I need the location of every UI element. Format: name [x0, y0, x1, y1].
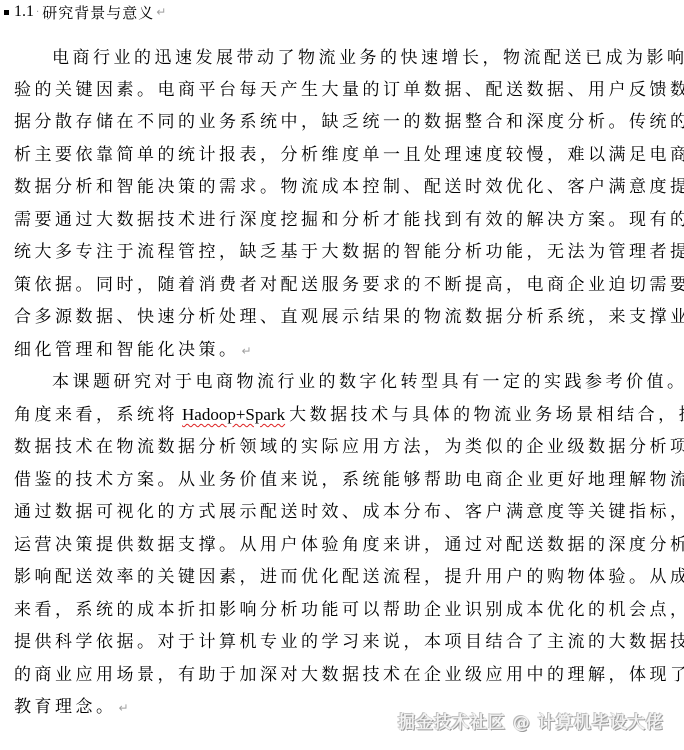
text-line: 数据技术在物流数据分析领域的实际应用方法，为类似的企业级数据分析项目提供了可	[14, 435, 684, 459]
space-mark: ·	[36, 7, 39, 18]
spellcheck-flagged-term[interactable]: Hadoop+Spark	[182, 405, 285, 424]
document-page: 1.1 · 研究背景与意义 ↵ 电商行业的迅速发展带动了物流业务的快速增长，物流…	[0, 0, 684, 750]
text-line: 影响配送效率的关键因素，进而优化配送流程，提升用户的购物体验。从成本控制方面	[14, 565, 684, 589]
text-line: 通过数据可视化的方式展示配送时效、成本分布、客户满意度等关键指标，为管理者的	[14, 500, 684, 524]
text-line-content: 教育理念。	[14, 697, 117, 717]
watermark: 掘金技术社区 @ 计算机毕设大佬	[398, 708, 664, 733]
text-line: 来看，系统的成本折扣影响分析功能可以帮助企业识别成本优化的机会点，为降本增效	[14, 598, 684, 622]
text-line: 验的关键因素。电商平台每天产生大量的订单数据、配送数据、用户反馈数据，这些数	[14, 78, 684, 102]
text-line: 运营决策提供数据支撑。从用户体验角度来讲，通过对配送数据的深度分析，可以发现	[14, 533, 684, 557]
heading-bullet-icon	[4, 10, 9, 15]
text-line-content: 细化管理和智能化决策。	[14, 340, 240, 360]
text-line: 的商业应用场景，有助于加深对大数据技术在企业级应用中的理解，体现了学以致用的	[14, 663, 684, 687]
text-line: 本课题研究对于电商物流行业的数字化转型具有一定的实践参考价值。从技术应用	[52, 370, 684, 394]
text-line: 统大多专注于流程管控，缺乏基于大数据的智能分析功能，无法为管理者提供科学的决	[14, 240, 684, 264]
section-heading: 1.1 · 研究背景与意义 ↵	[4, 1, 166, 23]
text-segment: 大数据技术与具体的物流业务场景相结合，探索了大	[289, 405, 684, 425]
paragraph-mark-icon: ↵	[119, 701, 133, 715]
text-line: 据分散存储在不同的业务系统中，缺乏统一的数据整合和深度分析。传统的物流数据分	[14, 110, 684, 134]
text-line: 策依据。同时，随着消费者对配送服务要求的不断提高，电商企业迫切需要一套能够整	[14, 273, 684, 297]
text-line: 需要通过大数据技术进行深度挖掘和分析才能找到有效的解决方案。现有的物流管理系	[14, 208, 684, 232]
text-line: 提供科学依据。对于计算机专业的学习来说，本项目结合了主流的大数据技术栈与实际	[14, 630, 684, 654]
paragraph-mark-icon: ↵	[156, 5, 166, 19]
text-line: 借鉴的技术方案。从业务价值来说，系统能够帮助电商企业更好地理解物流运营现状，	[14, 468, 684, 492]
text-line-with-term: 角度来看，系统将Hadoop+Spark大数据技术与具体的物流业务场景相结合，探…	[14, 403, 684, 427]
text-line: 电商行业的迅速发展带动了物流业务的快速增长，物流配送已成为影响用户购物体	[52, 46, 684, 70]
text-line: 析主要依靠简单的统计报表，分析维度单一且处理速度较慢，难以满足电商企业对实时	[14, 143, 684, 167]
text-line: 合多源数据、快速分析处理、直观展示结果的物流数据分析系统，来支撑业务运营的精	[14, 305, 684, 329]
heading-number: 1.1	[14, 3, 34, 21]
text-line: 数据分析和智能决策的需求。物流成本控制、配送时效优化、客户满意度提升等问题都	[14, 175, 684, 199]
text-line-last: 教育理念。↵	[14, 695, 132, 719]
text-segment: 角度来看，系统将	[14, 405, 178, 425]
heading-title: 研究背景与意义	[42, 2, 154, 23]
text-line-last: 细化管理和智能化决策。↵	[14, 338, 255, 362]
paragraph-mark-icon: ↵	[242, 344, 256, 358]
